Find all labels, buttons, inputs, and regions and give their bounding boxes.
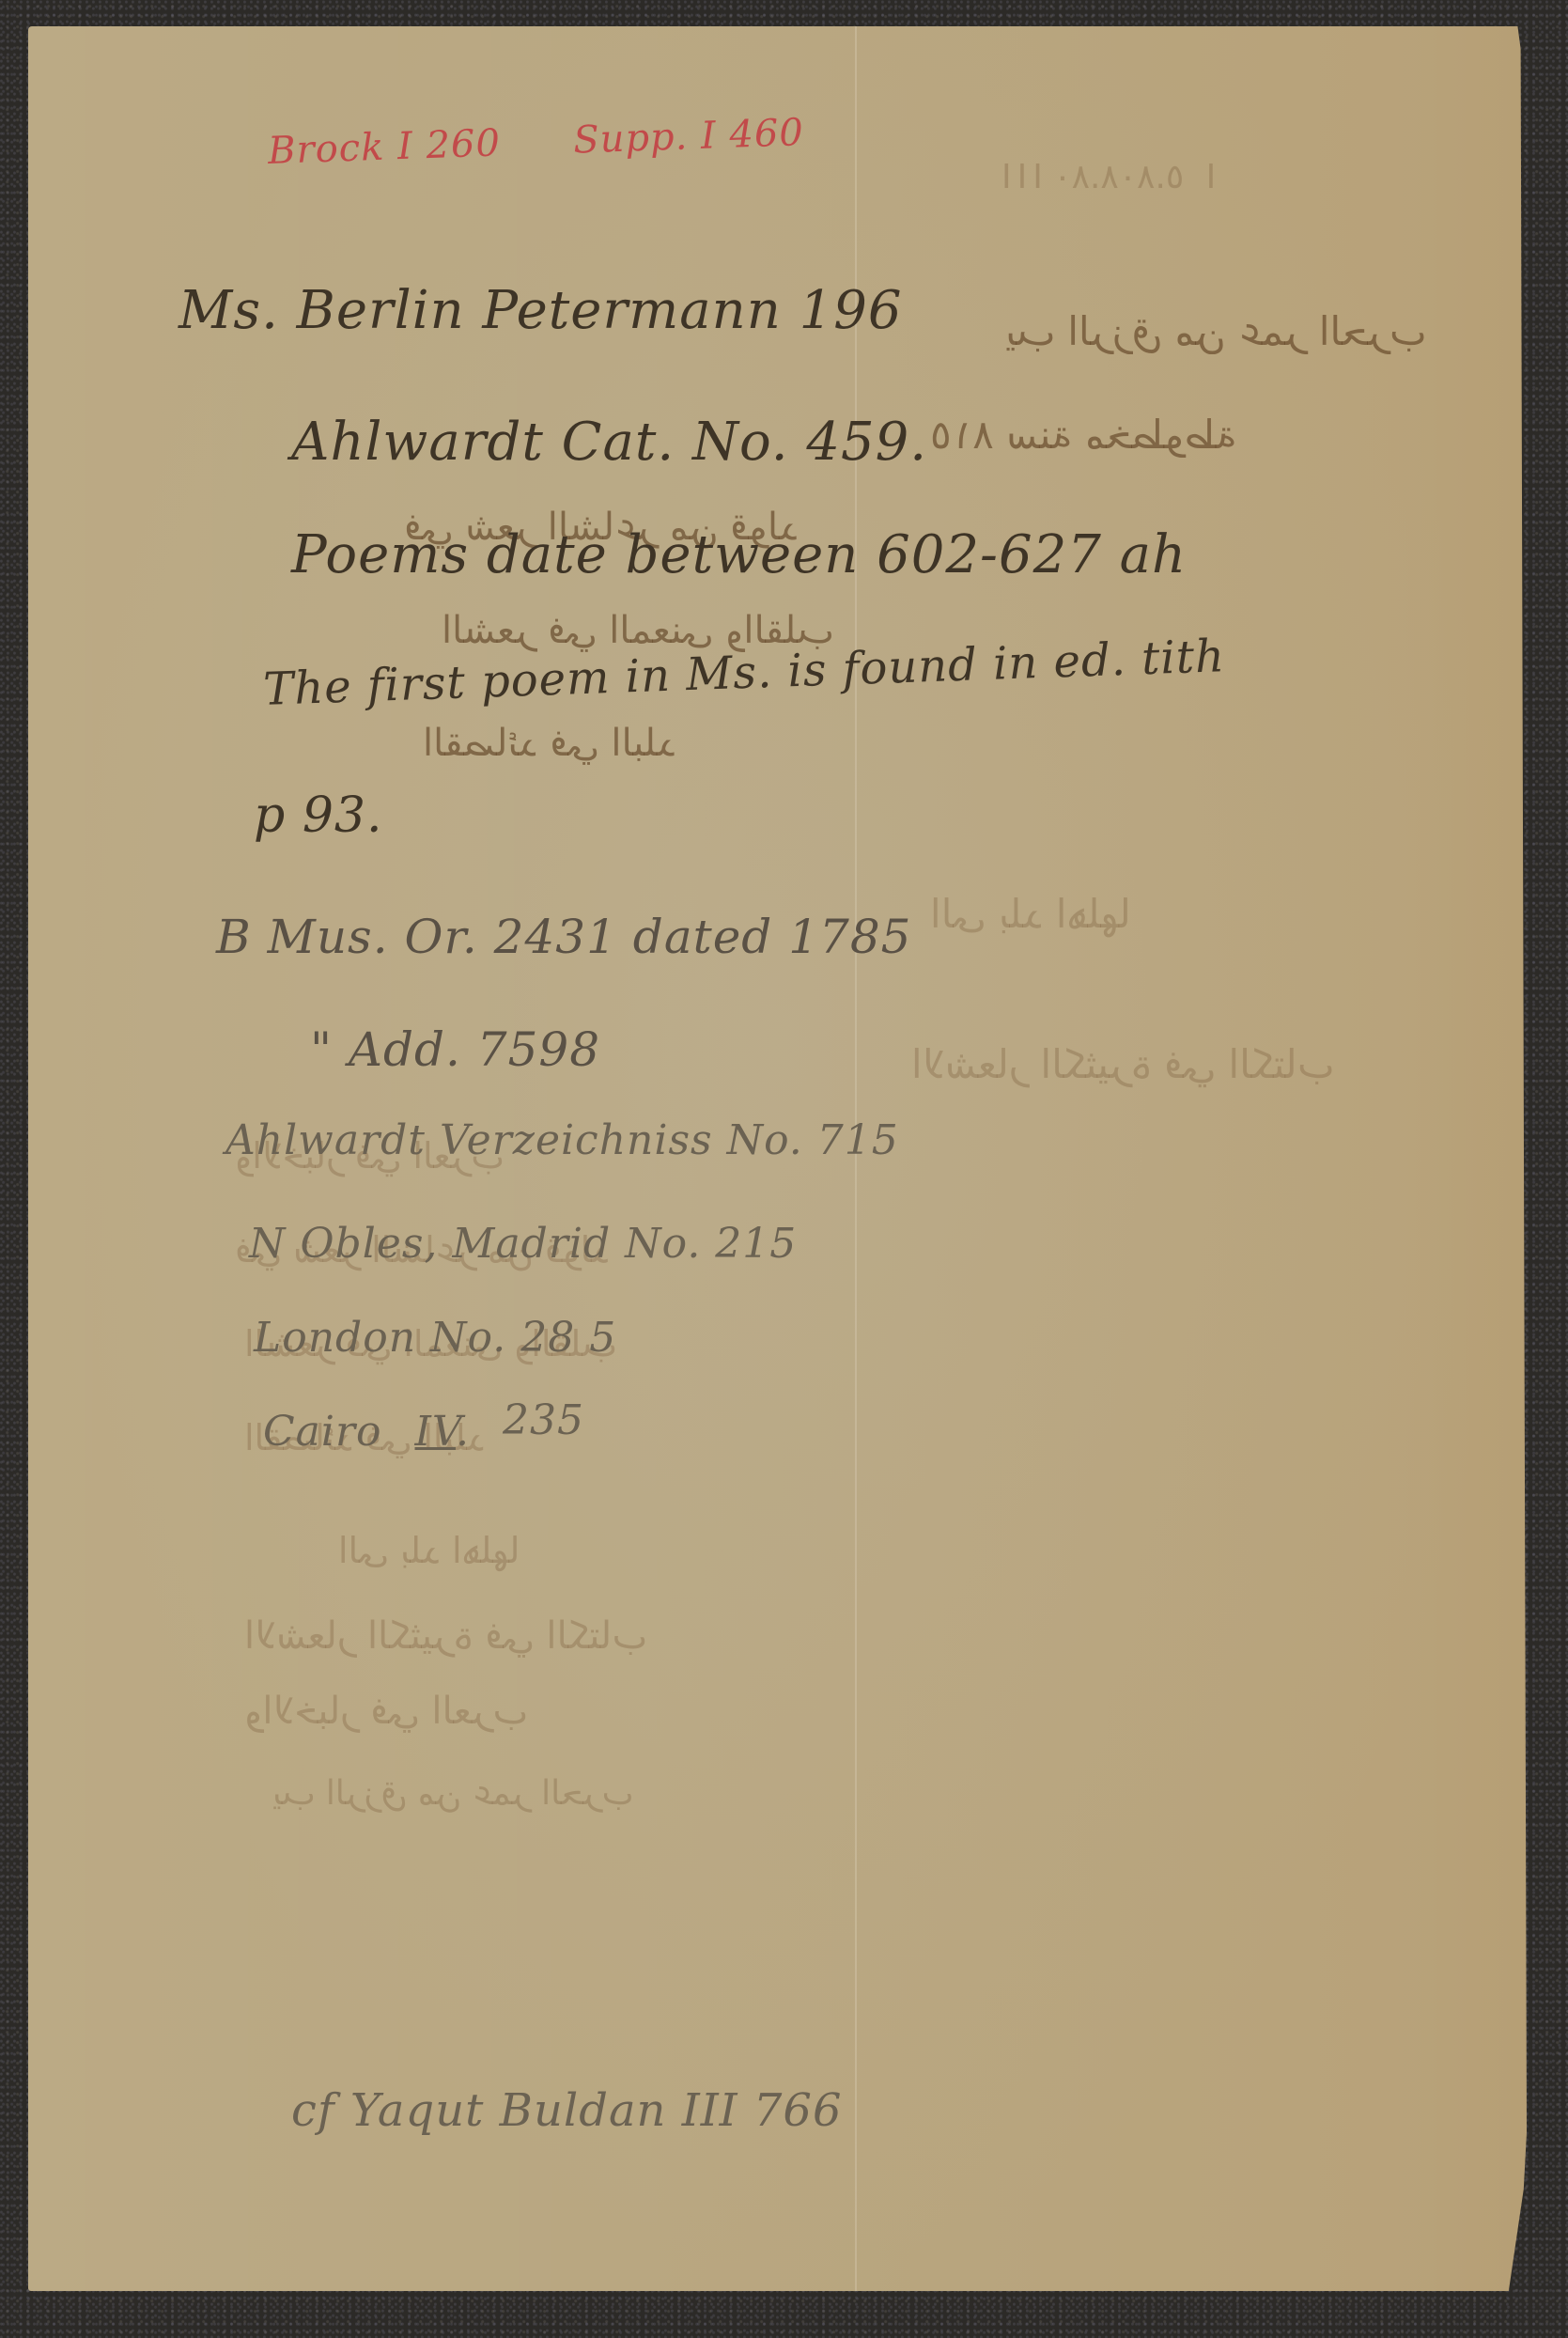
bleed-through-line-7: الاشعار الكثيرة في الكتاب bbox=[911, 1041, 1334, 1087]
manuscript-line-ahlwardt: Ahlwardt Cat. No. 459. bbox=[291, 412, 927, 473]
bleed-through-line-6: الى بلد اهلها bbox=[930, 891, 1131, 937]
manuscript-line-ms: Ms. Berlin Petermann 196 bbox=[179, 280, 902, 341]
bleed-through-line-2: ٨١٥ سنة مخطوطة bbox=[930, 412, 1236, 458]
bleed-through-line-13: الاشعار الكثيرة في الكتاب bbox=[244, 1614, 647, 1658]
manuscript-line-cairo: Cairo IV. 235 bbox=[263, 1408, 584, 1456]
cairo-number: 235 bbox=[503, 1396, 584, 1444]
cairo-dot: . bbox=[456, 1408, 470, 1456]
red-header-reference: Brock I 260 Supp. I 460 bbox=[267, 111, 804, 173]
manuscript-line-add: " Add. 7598 bbox=[310, 1022, 600, 1077]
cairo-label: Cairo bbox=[263, 1408, 382, 1456]
bleed-through-line-1: يب الرزق من عمر الحرب bbox=[1005, 308, 1426, 354]
manuscript-line-ahlwardt-verzeichniss: Ahlwardt Verzeichniss No. 715 bbox=[225, 1116, 899, 1164]
manuscript-line-yaqut: cf Yaqut Buldan III 766 bbox=[291, 2084, 842, 2137]
bleed-through-line-12: الى بلد اهلها bbox=[338, 1530, 520, 1571]
manuscript-page: I ٥.٨٠٨.٨٠ III يب الرزق من عمر الحرب ٨١٥… bbox=[28, 26, 1527, 2291]
manuscript-line-poems-date: Poems date between 602-627 ah bbox=[291, 524, 1187, 585]
supplement-reference: Supp. I 460 bbox=[572, 111, 804, 163]
cairo-volume: IV bbox=[415, 1408, 456, 1456]
bleed-through-top: I ٥.٨٠٨.٨٠ III bbox=[996, 158, 1216, 196]
brock-reference: Brock I 260 bbox=[267, 121, 501, 173]
manuscript-line-page: p 93. bbox=[254, 787, 383, 844]
bleed-through-line-14: والاخبار في العرب bbox=[244, 1690, 528, 1733]
manuscript-line-madrid: N Obles, Madrid No. 215 bbox=[249, 1220, 797, 1268]
bleed-through-line-15: يب الرزق من عمر الحرب bbox=[272, 1774, 633, 1813]
bleed-through-line-5: القصائد في البلد bbox=[423, 722, 676, 765]
manuscript-line-london: London No. 28 5 bbox=[254, 1314, 616, 1362]
manuscript-line-british-museum: B Mus. Or. 2431 dated 1785 bbox=[216, 910, 911, 964]
